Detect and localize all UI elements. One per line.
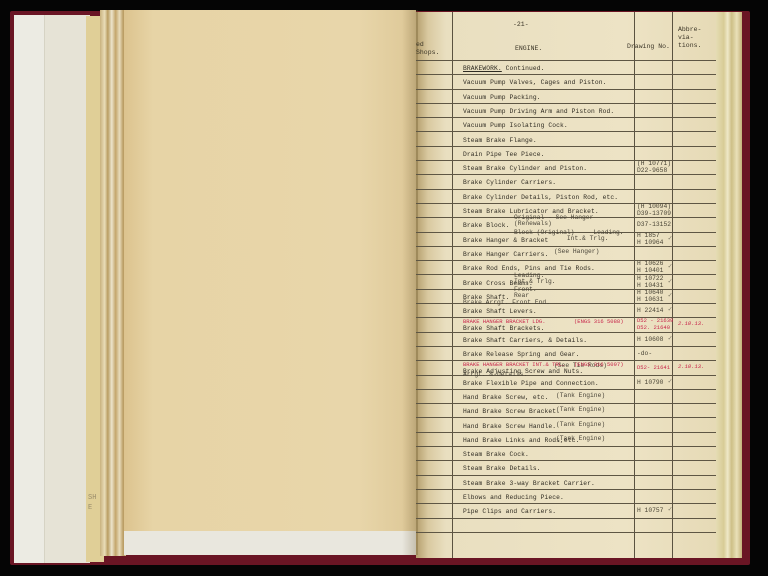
ledger-row [416,518,716,533]
row-item-name: Brake Release Spring and Gear. [463,351,579,358]
ledger-row: Brake Cylinder Carriers. [416,174,716,189]
ledger-row: Hand Brake Links and Rods,etc.(Tank Engi… [416,432,716,447]
ledger-row: Steam Brake Flange. [416,132,716,147]
handwritten-red-ref: (ENGS 316 5097) [574,361,624,368]
drawing-number: H 10626 H 10401 [637,260,663,274]
row-note: (Tank Engine) [556,436,605,442]
row-item-name: Steam Brake Cock. [463,451,529,458]
ledger-row: Hand Brake Screw Handle.(Tank Engine) [416,418,716,433]
ledger-row: Brake Cross Beams.Leading. Int.& Trlg.H … [416,275,716,290]
row-item-name: Hand Brake Screw Bracket. [463,408,560,415]
ledger-row: Steam Brake Cock. [416,446,716,461]
row-item-name: Brake Cylinder Carriers. [463,179,556,186]
ledger-row: Brake Cylinder Details, Piston Rod, etc. [416,189,716,204]
ledger-row: Brake Rod Ends, Pins and Tie Rods.H 1062… [416,260,716,275]
row-item-name: Drain Pipe Tee Piece. [463,151,544,158]
drawing-number: H 10722 H 10431 [637,275,663,289]
row-item-name: Vacuum Pump Valves, Cages and Piston. [463,79,607,86]
abbreviation-date: 2.10.13. [678,363,704,370]
ledger-row: Brake Shaft.Front. RearH 10640 H 10631✓ [416,289,716,304]
row-item-name: Brake Shaft Carriers, & Details. [463,337,587,344]
ledger-row: Brake Hanger & BracketBlock (Original) L… [416,232,716,247]
drawing-number: D37-13152 [637,221,671,228]
drawing-number: H 10790 [637,379,663,386]
ledger-row: Vacuum Pump Isolating Cock. [416,117,716,132]
check-mark-icon: ✓ [668,377,672,386]
check-mark-icon: ✓ [668,291,672,300]
abbreviation-date: 2.10.13. [678,320,704,327]
row-item-name: Steam Brake Details. [463,465,541,472]
row-note: (Tank Engine) [556,407,605,413]
drawing-number: D52- 21641 [637,364,670,371]
ledger-row: Brake Adjusting Screw and Nuts.(See Tie … [416,360,716,375]
ledger-row: Brake Shaft Levers.Brake Arrgt. Front En… [416,303,716,318]
spine-fragment: SH [88,494,96,502]
ledger-table: ed Shops. -21- ENGINE. Drawing No. Abbre… [416,12,716,558]
ledger-row: Pipe Clips and Carriers.H 10757✓ [416,503,716,518]
row-item-name: Steam Brake Cylinder and Piston. [463,165,587,172]
ledger-row: Elbows and Reducing Piece. [416,489,716,504]
check-mark-icon: ✓ [668,277,672,286]
ledger-row: Brake Shaft Carriers, & Details.H 10608✓ [416,332,716,347]
ledger-row: Brake Flexible Pipe and Connection.Arrgt… [416,375,716,390]
handwritten-red-entry: BRAKE HANGER BRACKET INT.& TRL. [463,361,565,368]
check-mark-icon: ✓ [668,334,672,343]
ledger-row: Hand Brake Screw Bracket.(Tank Engine) [416,403,716,418]
section-heading: BRAKEWORK. [463,65,502,72]
drawing-number: H 1857 H 10964 [637,232,663,246]
drawing-number: D52 - 21639 D52. 21640 [637,317,673,331]
left-page-bottom-strip [124,531,416,555]
endpaper-fold [44,15,90,563]
ledger-row: BRAKEWORK. Continued. [416,60,716,75]
row-item-name: Vacuum Pump Packing. [463,94,541,101]
row-note: Block (Original) Leading. Int.& Trlg. [514,230,624,242]
row-item-name: Brake Block. [463,222,510,229]
check-mark-icon: ✓ [668,262,672,271]
row-item-name: Brake Shaft Levers. [463,308,537,315]
row-item-name: Steam Brake 3-way Bracket Carrier. [463,480,595,487]
handwritten-red-entry: BRAKE HANGER BRACKET LDG. [463,318,546,325]
ledger-row: Brake Release Spring and Gear.-do- [416,346,716,361]
row-item-name: Vacuum Pump Isolating Cock. [463,122,568,129]
header-row [416,12,716,61]
row-item-name: Elbows and Reducing Piece. [463,494,564,501]
section-note: Continued. [502,65,545,72]
ledger-row: Vacuum Pump Valves, Cages and Piston. [416,74,716,89]
left-blank-page [124,10,416,531]
check-mark-icon: ✓ [668,505,672,514]
ledger-row: Hand Brake Screw, etc.(Tank Engine) [416,389,716,404]
ledger-row: Drain Pipe Tee Piece. [416,146,716,161]
drawing-number: -do- [637,350,652,357]
ledger-row: Vacuum Pump Packing. [416,89,716,104]
row-note: Leading. Int.& Trlg. [514,273,556,285]
row-note: Front. Rear [514,287,537,299]
drawing-number: (H 10771) D22-9658 [637,160,671,174]
row-note: Brake Arrgt. Front End. [463,300,550,306]
row-item-name: BRAKEWORK. Continued. [463,65,544,72]
drawing-number: (H 10094) D39-13709 [637,203,671,217]
ledger-row: Brake Hanger Carriers.(See Hanger) [416,246,716,261]
row-item-name: Brake Cylinder Details, Piston Rod, etc. [463,194,618,201]
row-item-name: Hand Brake Screw Handle. [463,423,556,430]
row-item-name: Vacuum Pump Driving Arm and Piston Rod. [463,108,614,115]
ledger-row: Steam Brake 3-way Bracket Carrier. [416,475,716,490]
row-note: (Tank Engine) [556,422,605,428]
drawing-number: H 22414 [637,307,663,314]
ledger-row: Steam Brake Details. [416,460,716,475]
row-note: Original - See Hanger (Renewals) [514,215,593,227]
page-stack-edges [100,10,126,556]
row-note: Arrgt. & Details. [463,372,527,378]
drawing-number: H 10757 [637,507,663,514]
row-item-name: Pipe Clips and Carriers. [463,508,556,515]
drawing-number: H 10640 H 10631 [637,289,663,303]
right-page-stack-edge [716,12,742,558]
drawing-number: H 10608 [637,336,663,343]
row-item-name: Hand Brake Screw, etc. [463,394,548,401]
row-item-name: Brake Hanger Carriers. [463,251,548,258]
row-item-name: Brake Flexible Pipe and Connection. [463,380,599,387]
ledger-row: Vacuum Pump Driving Arm and Piston Rod. [416,103,716,118]
spine-fragment: E [88,504,92,512]
ledger-row: Steam Brake Cylinder and Piston.(H 10771… [416,160,716,175]
ledger-row: Brake Shaft Brackets.BRAKE HANGER BRACKE… [416,317,716,332]
row-note: (See Hanger) [554,249,599,255]
row-item-name: Steam Brake Flange. [463,137,537,144]
row-note: (Tank Engine) [556,393,605,399]
check-mark-icon: ✓ [668,234,672,243]
check-mark-icon: ✓ [668,305,672,314]
handwritten-red-ref: (ENGS 316 5088) [574,318,624,325]
